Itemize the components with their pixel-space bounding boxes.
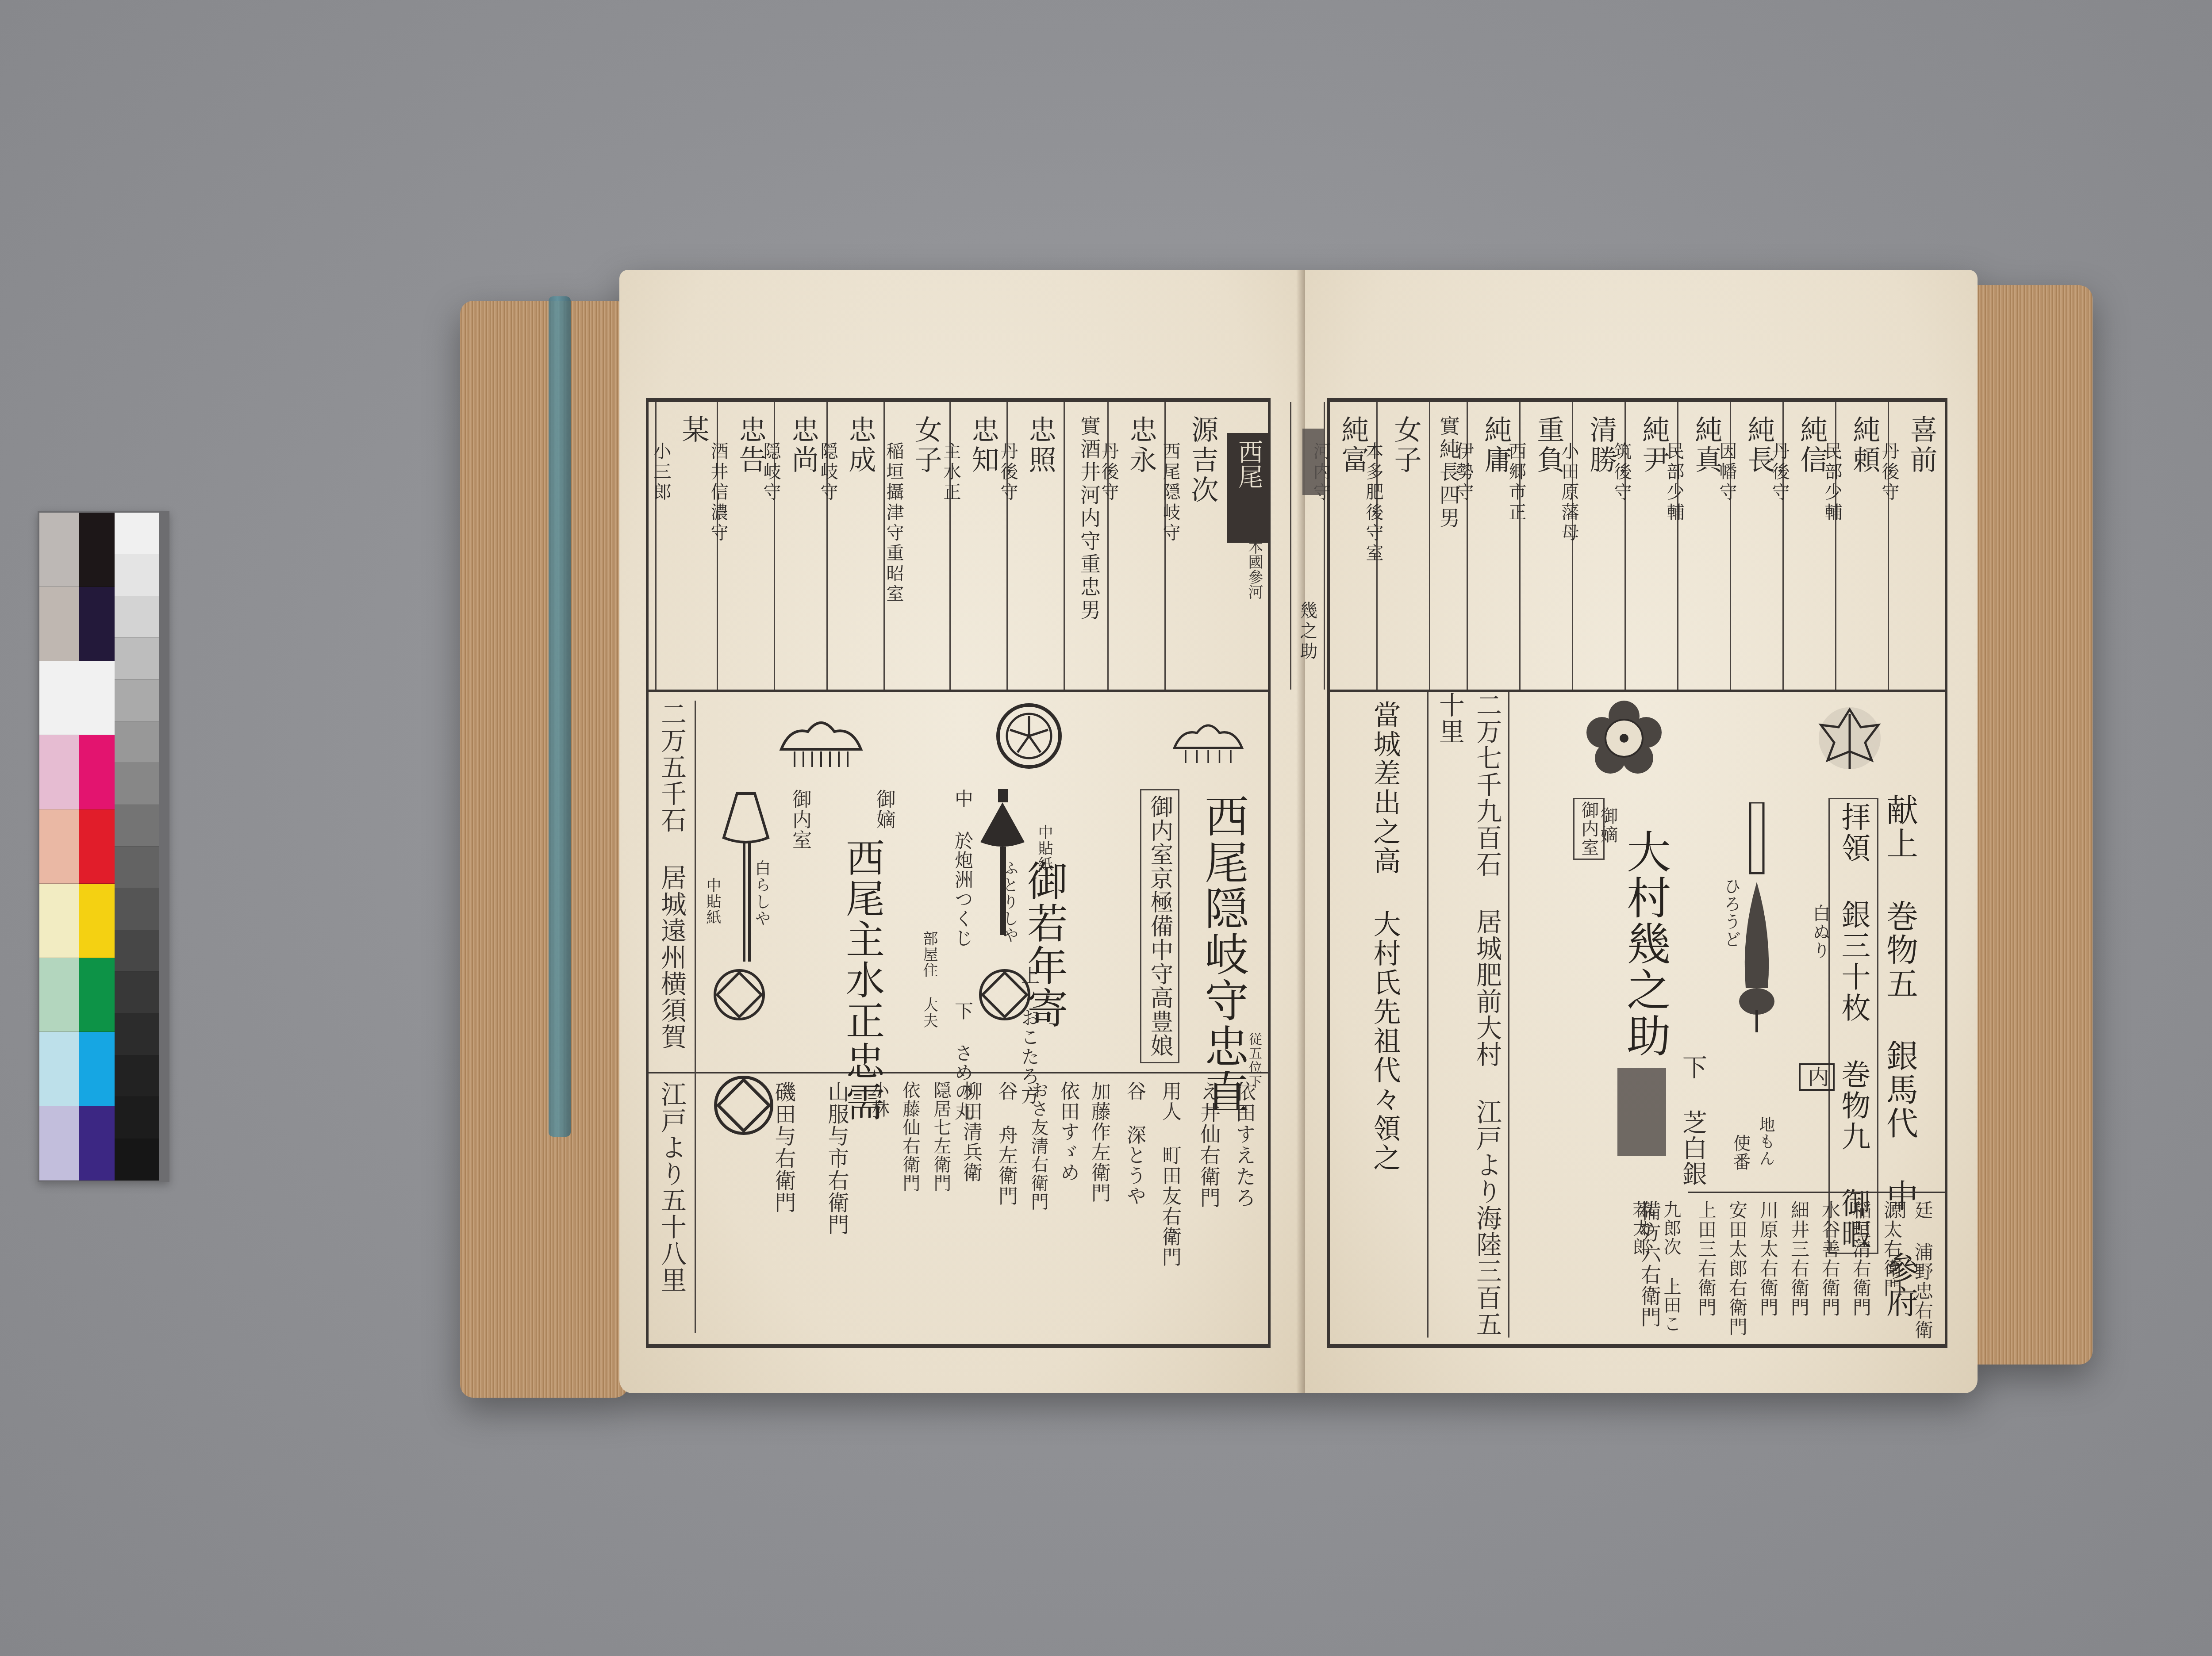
color-swatch <box>115 1139 159 1181</box>
retainer: 隠居七左衛門 <box>929 1081 954 1192</box>
color-swatch <box>115 930 159 972</box>
color-swatch <box>39 735 79 809</box>
genealogy-entry: 喜前 丹後守 <box>1888 402 1945 690</box>
pine-crest-icon <box>777 709 865 771</box>
retainer: 水谷善右衛門 <box>1816 1200 1843 1317</box>
genealogy-entry: 女子 本多肥後守室 <box>1376 402 1429 690</box>
color-swatch <box>115 1097 159 1138</box>
retainer: 依田すえたろ <box>1230 1081 1259 1208</box>
genealogy-entry: 忠成 隠岐守 <box>826 402 883 690</box>
fief-info: 二万五千石 居城遠州横須賀 江戸より五十八里 <box>653 701 696 1333</box>
retainer: 小林 <box>867 1081 892 1118</box>
leaf-crest-icon <box>1816 705 1883 771</box>
redacted-seal <box>1302 429 1325 495</box>
fief-info: 二万七千九百石 居城肥前大村 江戸より海陸三百五十里 <box>1427 692 1509 1338</box>
color-chart-saturated-column <box>79 513 115 1181</box>
color-swatch <box>115 554 159 596</box>
retainer: 山服与市右衛門 <box>822 1081 852 1236</box>
banner-label: ふとりしや <box>998 860 1021 944</box>
color-swatch <box>79 661 115 736</box>
color-swatch <box>79 809 115 884</box>
plum-blossom-crest-icon <box>1586 701 1662 776</box>
genealogy-entry: 忠永 丹後守 <box>1107 402 1164 690</box>
retainer: 上田三右衛門 <box>1693 1200 1719 1317</box>
heir-label: 御嫡 <box>870 789 898 830</box>
heir-rank: 部屋住 大夫 <box>918 931 940 1029</box>
inner-crest-mark: 内 <box>1799 1063 1835 1091</box>
retainer: 谷 舟左衛門 <box>992 1081 1020 1206</box>
retainer: 細井三右衛門 <box>1786 1200 1812 1317</box>
bellflower-crest-icon <box>994 701 1064 771</box>
color-swatch <box>39 809 79 884</box>
color-swatch <box>115 638 159 679</box>
banner-label: 地もん <box>1755 1116 1777 1167</box>
retainer: 源太右衛門 <box>1878 1200 1905 1298</box>
color-swatch <box>115 513 159 554</box>
genealogy-entry: 幾之助 <box>1290 402 1324 690</box>
color-swatch <box>115 888 159 930</box>
right-page-print-frame: 喜前 丹後守 純頼 民部少輔 純信 丹後守 純長 因幡守 純真 民部少輔 <box>1327 398 1947 1348</box>
banner-label: 中貼紙 <box>1033 824 1055 872</box>
pine-crest-icon <box>1171 709 1246 771</box>
inner-room-label: 御内室 <box>786 789 814 850</box>
color-swatch <box>115 847 159 888</box>
banner-note: 使番 <box>1728 1134 1753 1171</box>
lineage-note: 當城差出之高 大村氏先祖代々領之 <box>1365 701 1405 1173</box>
right-page: 喜前 丹後守 純頼 民部少輔 純信 丹後守 純長 因幡守 純真 民部少輔 <box>1305 270 1978 1393</box>
left-page-print-frame: 西尾 本國參河 源吉次 西尾隠岐守 忠永 丹後守 實酒井河内守重忠男 忠照 丹後… <box>646 398 1271 1348</box>
retainer: 若太郎 <box>1628 1200 1653 1256</box>
color-chart-tint-column <box>39 513 79 1181</box>
grant-note: 拝領 銀三十枚 巻物九 御暇 <box>1828 798 1878 1254</box>
genealogy-entry: 忠照 丹後守 <box>1006 402 1064 690</box>
color-swatch <box>115 680 159 721</box>
daimyo-detail-section: 二万七千九百石 居城肥前大村 江戸より海陸三百五十里 當城差出之高 大村氏先祖代… <box>1330 692 1945 1344</box>
left-page: 西尾 本國參河 源吉次 西尾隠岐守 忠永 丹後守 實酒井河内守重忠男 忠照 丹後… <box>619 270 1305 1393</box>
color-calibration-chart <box>38 511 169 1182</box>
color-swatch <box>115 1055 159 1097</box>
color-swatch <box>39 884 79 958</box>
color-swatch <box>79 1106 115 1181</box>
inner-room-label: 御内室 <box>1573 798 1605 860</box>
court-rank: 従五位下 <box>1244 1032 1263 1089</box>
color-swatch <box>115 972 159 1013</box>
banner-label: 中貼紙 <box>702 878 723 925</box>
genealogy-entry: 源吉次 西尾隠岐守 <box>1164 402 1226 690</box>
retainer: 谷 深とうや <box>1120 1081 1148 1206</box>
color-swatch <box>115 805 159 847</box>
banner-label: ひろうど <box>1719 878 1743 948</box>
color-swatch <box>115 763 159 805</box>
daimyo-name: 大村幾之助 <box>1613 829 1677 1059</box>
left-page-edges <box>460 301 628 1398</box>
color-swatch <box>39 513 79 587</box>
color-swatch <box>39 1106 79 1181</box>
retainer-divider <box>1688 1192 1945 1193</box>
banner-label: 白ぬり <box>1808 904 1833 960</box>
color-swatch <box>39 1032 79 1106</box>
retainer: 加藤作左衛門 <box>1085 1081 1113 1203</box>
color-swatch <box>39 587 79 661</box>
lower-residence: 下 芝白銀 <box>1675 1054 1710 1187</box>
color-swatch <box>79 735 115 809</box>
genealogy-section: 源吉次 西尾隠岐守 忠永 丹後守 實酒井河内守重忠男 忠照 丹後守 忠知 主水正 <box>649 402 1268 692</box>
retainer: 川原太右衛門 <box>1755 1200 1781 1317</box>
banner-label: 白らしや <box>750 860 773 927</box>
retainer: 安田太郎右衛門 <box>1724 1200 1750 1337</box>
daimyo-detail-section: 二万五千石 居城遠州横須賀 江戸より五十八里 西尾隠岐守忠直 従五位下 御内室京… <box>649 692 1268 1344</box>
retainer: 稲垣清右衛門 <box>1847 1200 1874 1317</box>
color-swatch <box>115 1014 159 1055</box>
color-swatch <box>115 721 159 763</box>
color-swatch <box>79 513 115 587</box>
spear-banner-icon <box>1737 802 1781 1032</box>
diamond-coin-crest-icon <box>710 966 768 1023</box>
blue-cover-remnant <box>549 296 571 1137</box>
color-swatch <box>39 958 79 1032</box>
retainer: 磯田与右衛門 <box>768 1081 799 1214</box>
color-chart-grayscale-column <box>115 513 159 1181</box>
wife-note: 御内室京極備中守高豊娘 <box>1140 789 1179 1063</box>
retainer: 用人 町田友右衛門 <box>1156 1081 1184 1267</box>
retainer: 依田すゞめ <box>1054 1081 1082 1183</box>
retainer: 柳田清兵衛 <box>956 1081 985 1183</box>
color-swatch <box>79 884 115 958</box>
color-swatch <box>115 596 159 638</box>
retainer: 依藤仙右衛門 <box>898 1081 923 1192</box>
color-swatch <box>79 587 115 661</box>
redacted-seal <box>1617 1068 1666 1156</box>
color-swatch <box>79 958 115 1032</box>
diamond-coin-crest-icon <box>710 1072 777 1138</box>
color-swatch <box>79 1032 115 1106</box>
heir-name: 西尾主水正忠需 <box>834 838 890 1123</box>
genealogy-section: 喜前 丹後守 純頼 民部少輔 純信 丹後守 純長 因幡守 純真 民部少輔 <box>1330 402 1945 692</box>
open-book: 西尾 本國參河 源吉次 西尾隠岐守 忠永 丹後守 實酒井河内守重忠男 忠照 丹後… <box>460 270 2093 1402</box>
retainer: え井仙右衛門 <box>1194 1081 1224 1208</box>
retainer: おさ友清右衛門 <box>1026 1081 1051 1211</box>
middle-residence: 中 於炮洲つくじ <box>949 789 976 948</box>
color-swatch <box>39 661 79 736</box>
